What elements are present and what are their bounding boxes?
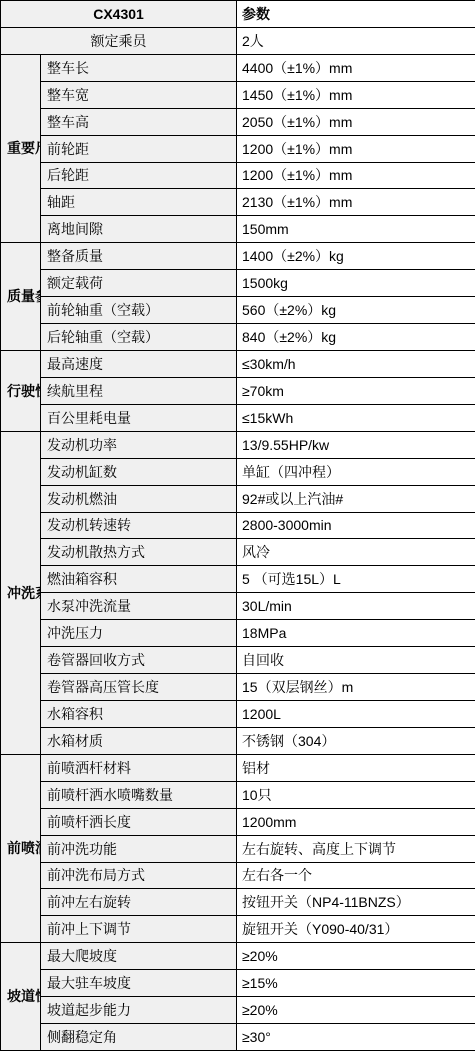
spec-sheet-page: CX4301 参数 额定乘员2人重要尺寸整车长4400（±1%）mm整车宽145… [0,0,475,1051]
spec-name-cell: 最大爬坡度 [41,943,237,970]
spec-name-cell: 前冲洗功能 [41,835,237,862]
spec-value-cell: 1200（±1%）mm [237,162,475,189]
spec-value-cell: 1450（±1%）mm [237,81,475,108]
spec-value-cell: ≥20% [237,943,475,970]
section-label-cell: 前喷洒冲洗系统 [1,754,41,942]
table-row: 前冲洗布局方式左右各一个 [1,862,475,889]
spec-value-cell: 18MPa [237,620,475,647]
spec-name-cell: 最大驻车坡度 [41,970,237,997]
spec-value-cell: 自回收 [237,647,475,674]
table-row: 百公里耗电量≤15kWh [1,404,475,431]
spec-value-cell: ≥20% [237,997,475,1024]
table-row: 前冲上下调节旋钮开关（Y090-40/31） [1,916,475,943]
table-row: 续航里程≥70km [1,377,475,404]
spec-value-cell: 1500kg [237,270,475,297]
spec-value-cell: 铝材 [237,754,475,781]
section-label-cell: 质量参数 [1,243,41,351]
spec-name-cell: 侧翻稳定角 [41,1024,237,1051]
spec-name-cell: 水箱材质 [41,727,237,754]
spec-value-cell: 2050（±1%）mm [237,108,475,135]
table-row: 燃油箱容积5 （可选15L）L [1,566,475,593]
spec-value-cell: 30L/min [237,593,475,620]
spec-value-cell: 15（双层钢丝）m [237,674,475,701]
spec-value-cell: 92#或以上汽油# [237,485,475,512]
spec-name-cell: 续航里程 [41,377,237,404]
table-row: 后轮距1200（±1%）mm [1,162,475,189]
spec-name-cell: 轴距 [41,189,237,216]
spec-value-cell: 单缸（四冲程） [237,458,475,485]
table-row: 前喷杆洒水喷嘴数量10只 [1,781,475,808]
table-row: 额定乘员2人 [1,27,475,54]
spec-value-cell: 旋钮开关（Y090-40/31） [237,916,475,943]
table-row: 轴距2130（±1%）mm [1,189,475,216]
spec-name-cell: 卷管器回收方式 [41,647,237,674]
spec-name-cell: 坡道起步能力 [41,997,237,1024]
table-row: 坡道起步能力≥20% [1,997,475,1024]
table-row: 发动机散热方式风冷 [1,539,475,566]
table-row: 前轮距1200（±1%）mm [1,135,475,162]
section-label-cell: 行驶性能 [1,350,41,431]
spec-value-cell: 1200L [237,700,475,727]
section-label-cell: 坡道性能 [1,943,41,1051]
spec-value-cell: ≥15% [237,970,475,997]
param-column-header: 参数 [237,1,475,28]
spec-name-cell: 前轮轴重（空载） [41,297,237,324]
table-row: 前冲洗功能左右旋转、高度上下调节 [1,835,475,862]
table-row: 冲洗压力18MPa [1,620,475,647]
spec-value-cell: 5 （可选15L）L [237,566,475,593]
spec-value-cell: 左右旋转、高度上下调节 [237,835,475,862]
spec-value-cell: 不锈钢（304） [237,727,475,754]
table-row: 后轮轴重（空载）840（±2%）kg [1,324,475,351]
spec-value-cell: 2人 [237,27,475,54]
table-row: 前轮轴重（空载）560（±2%）kg [1,297,475,324]
spec-value-cell: 风冷 [237,539,475,566]
table-row: 重要尺寸整车长4400（±1%）mm [1,54,475,81]
spec-value-cell: 2130（±1%）mm [237,189,475,216]
spec-name-cell: 额定载荷 [41,270,237,297]
table-row: 发动机转速转2800-3000min [1,512,475,539]
table-row: 额定载荷1500kg [1,270,475,297]
table-row: 冲洗系统发动机功率13/9.55HP/kw [1,431,475,458]
spec-name-cell: 燃油箱容积 [41,566,237,593]
spec-name-cell: 前冲上下调节 [41,916,237,943]
spec-name-cell: 整车高 [41,108,237,135]
spec-name-cell: 最高速度 [41,350,237,377]
spec-name-cell: 前冲洗布局方式 [41,862,237,889]
spec-name-cell: 发动机缸数 [41,458,237,485]
section-label-cell: 重要尺寸 [1,54,41,242]
spec-name-cell: 整备质量 [41,243,237,270]
spec-value-cell: ≤15kWh [237,404,475,431]
table-row: 坡道性能最大爬坡度≥20% [1,943,475,970]
table-row: 整车高2050（±1%）mm [1,108,475,135]
spec-name-cell: 发动机转速转 [41,512,237,539]
table-row: 质量参数整备质量1400（±2%）kg [1,243,475,270]
spec-name-cell: 前喷杆洒水喷嘴数量 [41,781,237,808]
spec-name-cell: 发动机燃油 [41,485,237,512]
spec-name-cell: 水泵冲洗流量 [41,593,237,620]
spec-value-cell: 10只 [237,781,475,808]
table-row: 前冲左右旋转按钮开关（NP4-11BNZS） [1,889,475,916]
spec-value-cell: 2800-3000min [237,512,475,539]
table-row: 卷管器高压管长度15（双层钢丝）m [1,674,475,701]
spec-value-cell: 4400（±1%）mm [237,54,475,81]
spec-name-cell: 整车长 [41,54,237,81]
spec-value-cell: 按钮开关（NP4-11BNZS） [237,889,475,916]
spec-value-cell: 150mm [237,216,475,243]
spec-value-cell: 左右各一个 [237,862,475,889]
table-row: 侧翻稳定角≥30° [1,1024,475,1051]
spec-value-cell: 560（±2%）kg [237,297,475,324]
spec-name-cell: 前喷洒杆材料 [41,754,237,781]
spec-name-cell: 发动机功率 [41,431,237,458]
section-label-cell: 冲洗系统 [1,431,41,754]
table-row: 行驶性能最高速度≤30km/h [1,350,475,377]
table-row: 卷管器回收方式自回收 [1,647,475,674]
table-row: 整车宽1450（±1%）mm [1,81,475,108]
spec-value-cell: 1200（±1%）mm [237,135,475,162]
spec-value-cell: 1400（±2%）kg [237,243,475,270]
spec-name-cell: 离地间隙 [41,216,237,243]
table-row: 离地间隙150mm [1,216,475,243]
spec-value-cell: ≤30km/h [237,350,475,377]
spec-table: CX4301 参数 额定乘员2人重要尺寸整车长4400（±1%）mm整车宽145… [0,0,475,1051]
spec-table-body: CX4301 参数 额定乘员2人重要尺寸整车长4400（±1%）mm整车宽145… [1,1,475,1051]
table-header-row: CX4301 参数 [1,1,475,28]
spec-value-cell: 1200mm [237,808,475,835]
spec-name-cell: 前冲左右旋转 [41,889,237,916]
table-row: 前喷杆洒长度1200mm [1,808,475,835]
table-row: 水泵冲洗流量30L/min [1,593,475,620]
table-row: 发动机缸数单缸（四冲程） [1,458,475,485]
spec-name-cell: 发动机散热方式 [41,539,237,566]
table-row: 发动机燃油92#或以上汽油# [1,485,475,512]
table-row: 最大驻车坡度≥15% [1,970,475,997]
spec-name-cell: 百公里耗电量 [41,404,237,431]
spec-name-cell: 冲洗压力 [41,620,237,647]
table-row: 水箱材质不锈钢（304） [1,727,475,754]
spec-value-cell: 840（±2%）kg [237,324,475,351]
table-row: 水箱容积1200L [1,700,475,727]
spec-name-cell: 前喷杆洒长度 [41,808,237,835]
spec-name-cell: 前轮距 [41,135,237,162]
spec-value-cell: 13/9.55HP/kw [237,431,475,458]
spec-value-cell: ≥30° [237,1024,475,1051]
spec-name-cell: 整车宽 [41,81,237,108]
spec-name-cell: 后轮距 [41,162,237,189]
spec-value-cell: ≥70km [237,377,475,404]
table-row: 前喷洒冲洗系统前喷洒杆材料铝材 [1,754,475,781]
spec-name-cell: 后轮轴重（空载） [41,324,237,351]
spec-name-cell: 卷管器高压管长度 [41,674,237,701]
spec-name-cell: 水箱容积 [41,700,237,727]
model-title: CX4301 [1,1,237,28]
spec-name-cell: 额定乘员 [1,27,237,54]
